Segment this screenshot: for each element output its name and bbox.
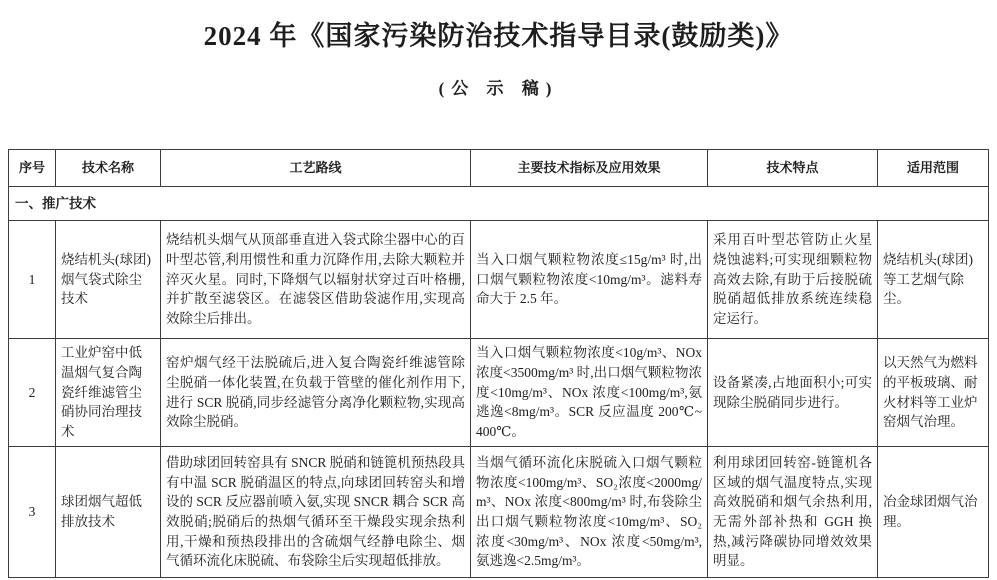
scope-cell: 烧结机头(球团)等工艺烟气除尘。 (878, 221, 989, 339)
table-header-row: 序号 技术名称 工艺路线 主要技术指标及应用效果 技术特点 适用范围 (9, 150, 989, 187)
tech-name-cell: 烧结机头(球团)烟气袋式除尘技术 (56, 221, 161, 339)
col-header-scope: 适用范围 (878, 150, 989, 187)
process-route-cell: 窑炉烟气经干法脱硫后,进入复合陶瓷纤维滤管除尘脱硝一体化装置,在负载于管壁的催化… (161, 339, 471, 447)
row-index-cell: 1 (9, 221, 56, 339)
tech-name-cell: 球团烟气超低排放技术 (56, 447, 161, 578)
indicators-cell: 当烟气循环流化床脱硫入口烟气颗粒物浓度<100mg/m³、SO₂浓度<2000m… (471, 447, 708, 578)
scope-cell: 冶金球团烟气治理。 (878, 447, 989, 578)
scope-cell: 以天然气为燃料的平板玻璃、耐火材料等工业炉窑烟气治理。 (878, 339, 989, 447)
tech-name-cell: 工业炉窑中低温烟气复合陶瓷纤维滤管尘硝协同治理技术 (56, 339, 161, 447)
row-index-cell: 2 (9, 339, 56, 447)
document-subtitle: (公 示 稿) (0, 74, 997, 99)
col-header-indicators: 主要技术指标及应用效果 (471, 150, 708, 187)
document-title: 2024 年《国家污染防治技术指导目录(鼓励类)》 (0, 0, 997, 53)
section-header-row: 一、推广技术 (9, 187, 989, 221)
process-route-cell: 烧结机头烟气从顶部垂直进入袋式除尘器中心的百叶型芯管,利用惯性和重力沉降作用,去… (161, 221, 471, 339)
indicators-cell: 当入口烟气颗粒物浓度≤15g/m³ 时,出口烟气颗粒物浓度<10mg/m³。滤料… (471, 221, 708, 339)
table-row: 3 球团烟气超低排放技术 借助球团回转窑具有 SNCR 脱硝和链篦机预热段具有中… (9, 447, 989, 578)
col-header-features: 技术特点 (708, 150, 878, 187)
table-row: 2 工业炉窑中低温烟气复合陶瓷纤维滤管尘硝协同治理技术 窑炉烟气经干法脱硫后,进… (9, 339, 989, 447)
row-index-cell: 3 (9, 447, 56, 578)
section-header-label: 一、推广技术 (9, 187, 989, 221)
table-row: 1 烧结机头(球团)烟气袋式除尘技术 烧结机头烟气从顶部垂直进入袋式除尘器中心的… (9, 221, 989, 339)
col-header-index: 序号 (9, 150, 56, 187)
document-page: 2024 年《国家污染防治技术指导目录(鼓励类)》 (公 示 稿) 序号 技术名… (0, 0, 997, 580)
col-header-process-route: 工艺路线 (161, 150, 471, 187)
indicators-cell: 当入口烟气颗粒物浓度<10g/m³、NOx 浓度<3500mg/m³ 时,出口烟… (471, 339, 708, 447)
technology-catalog-table: 序号 技术名称 工艺路线 主要技术指标及应用效果 技术特点 适用范围 一、推广技… (8, 149, 989, 578)
features-cell: 采用百叶型芯管防止火星烧蚀滤料;可实现细颗粒物高效去除,有助于后接脱硫脱硝超低排… (708, 221, 878, 339)
features-cell: 设备紧凑,占地面积小;可实现除尘脱硝同步进行。 (708, 339, 878, 447)
col-header-tech-name: 技术名称 (56, 150, 161, 187)
features-cell: 利用球团回转窑-链篦机各区域的烟气温度特点,实现高效脱硝和烟气余热利用,无需外部… (708, 447, 878, 578)
process-route-cell: 借助球团回转窑具有 SNCR 脱硝和链篦机预热段具有中温 SCR 脱硝温区的特点… (161, 447, 471, 578)
